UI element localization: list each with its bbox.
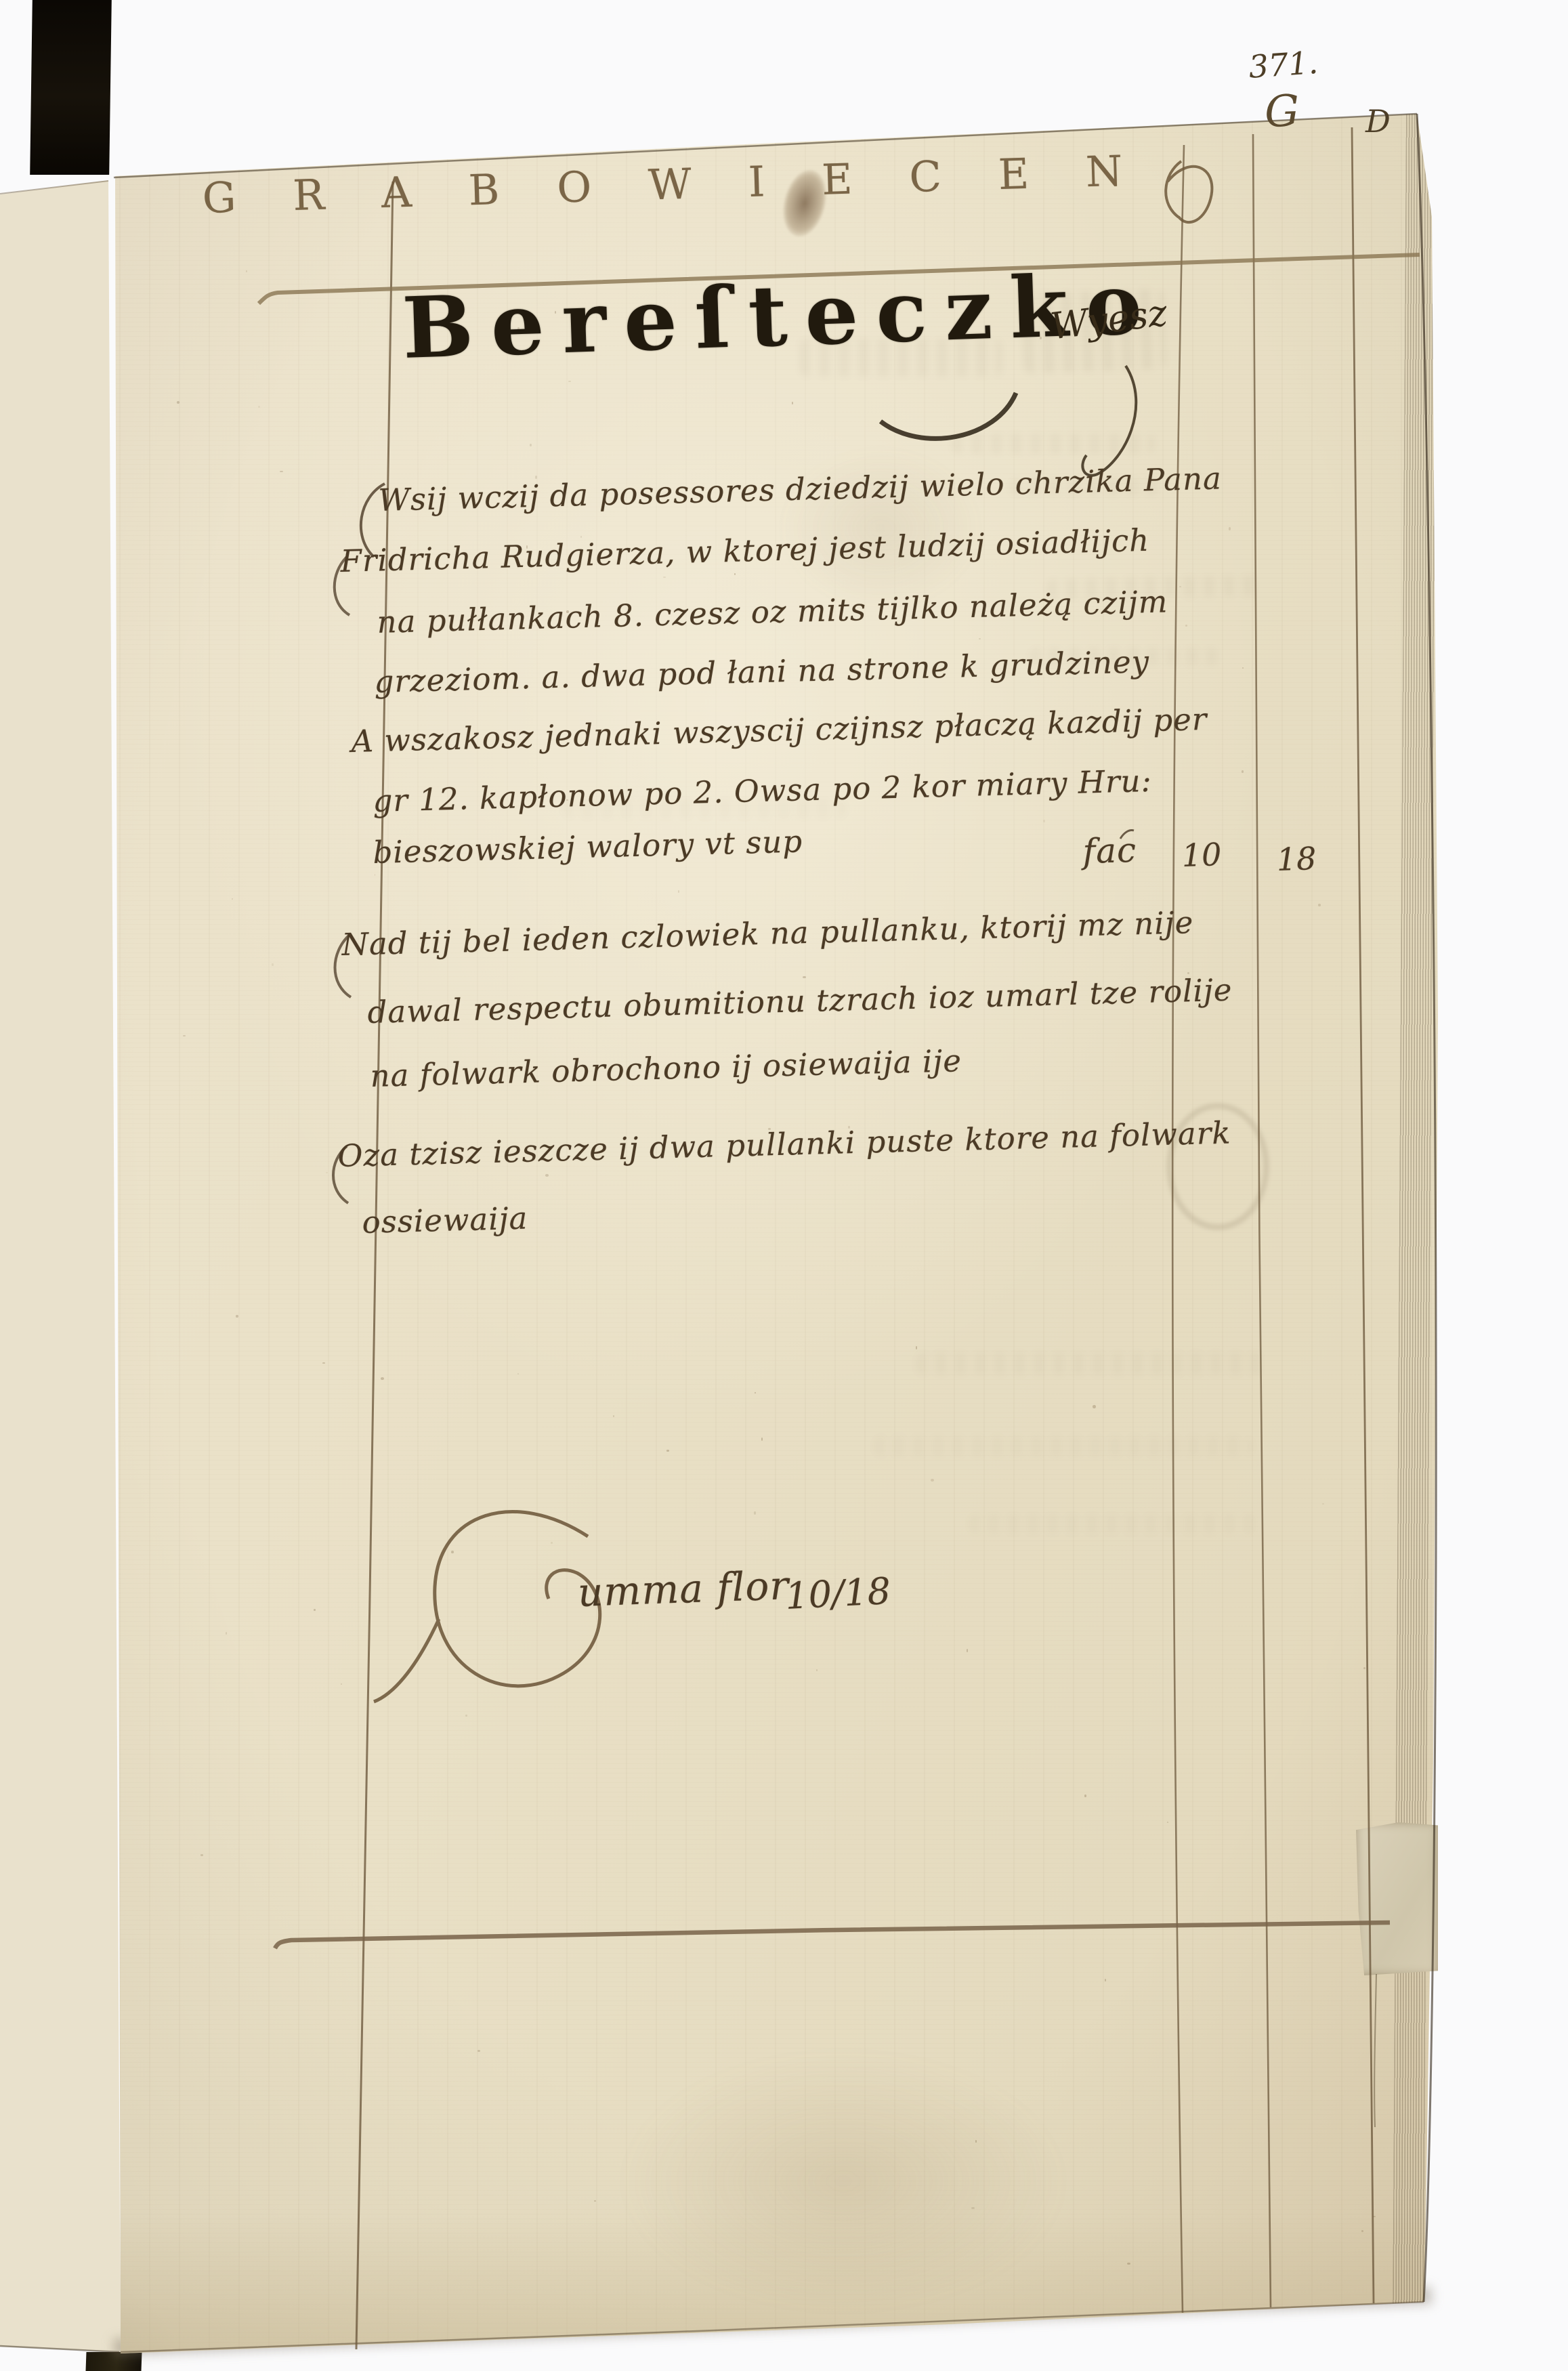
facing-page-bottom-edge <box>0 2346 119 2352</box>
column-letter: D <box>1365 106 1391 137</box>
body-line: ossiewaija <box>362 1203 528 1238</box>
settlement-title: Bereſteczko <box>401 262 1160 371</box>
right-margin-rule <box>1352 127 1374 2303</box>
gathering-letter: G <box>1264 89 1300 134</box>
summa-initial-flourish <box>374 1512 600 1702</box>
footer-rule <box>275 1923 1390 1948</box>
column-rule-grosze <box>1253 134 1271 2307</box>
grosze-value: 18 <box>1276 843 1317 875</box>
subtitle-descender-swash <box>1082 366 1136 476</box>
facing-page-top-edge <box>0 181 108 194</box>
summa-value: 10/18 <box>784 1573 891 1615</box>
page-bottom-edge <box>121 2302 1424 2352</box>
summa-label: umma flor <box>577 1566 790 1612</box>
title-descender-swash <box>881 393 1016 438</box>
repair-patch-crease <box>1374 1974 1376 2127</box>
scanned-manuscript-page: GRABOWIECEN 371. G D Bereſteczko Wyesz W… <box>0 0 1568 2371</box>
florins-value: 10 <box>1181 839 1222 871</box>
folio-number: 371. <box>1248 47 1319 83</box>
page-right-edge <box>1417 114 1436 2302</box>
fac-label: fac <box>1082 833 1137 868</box>
